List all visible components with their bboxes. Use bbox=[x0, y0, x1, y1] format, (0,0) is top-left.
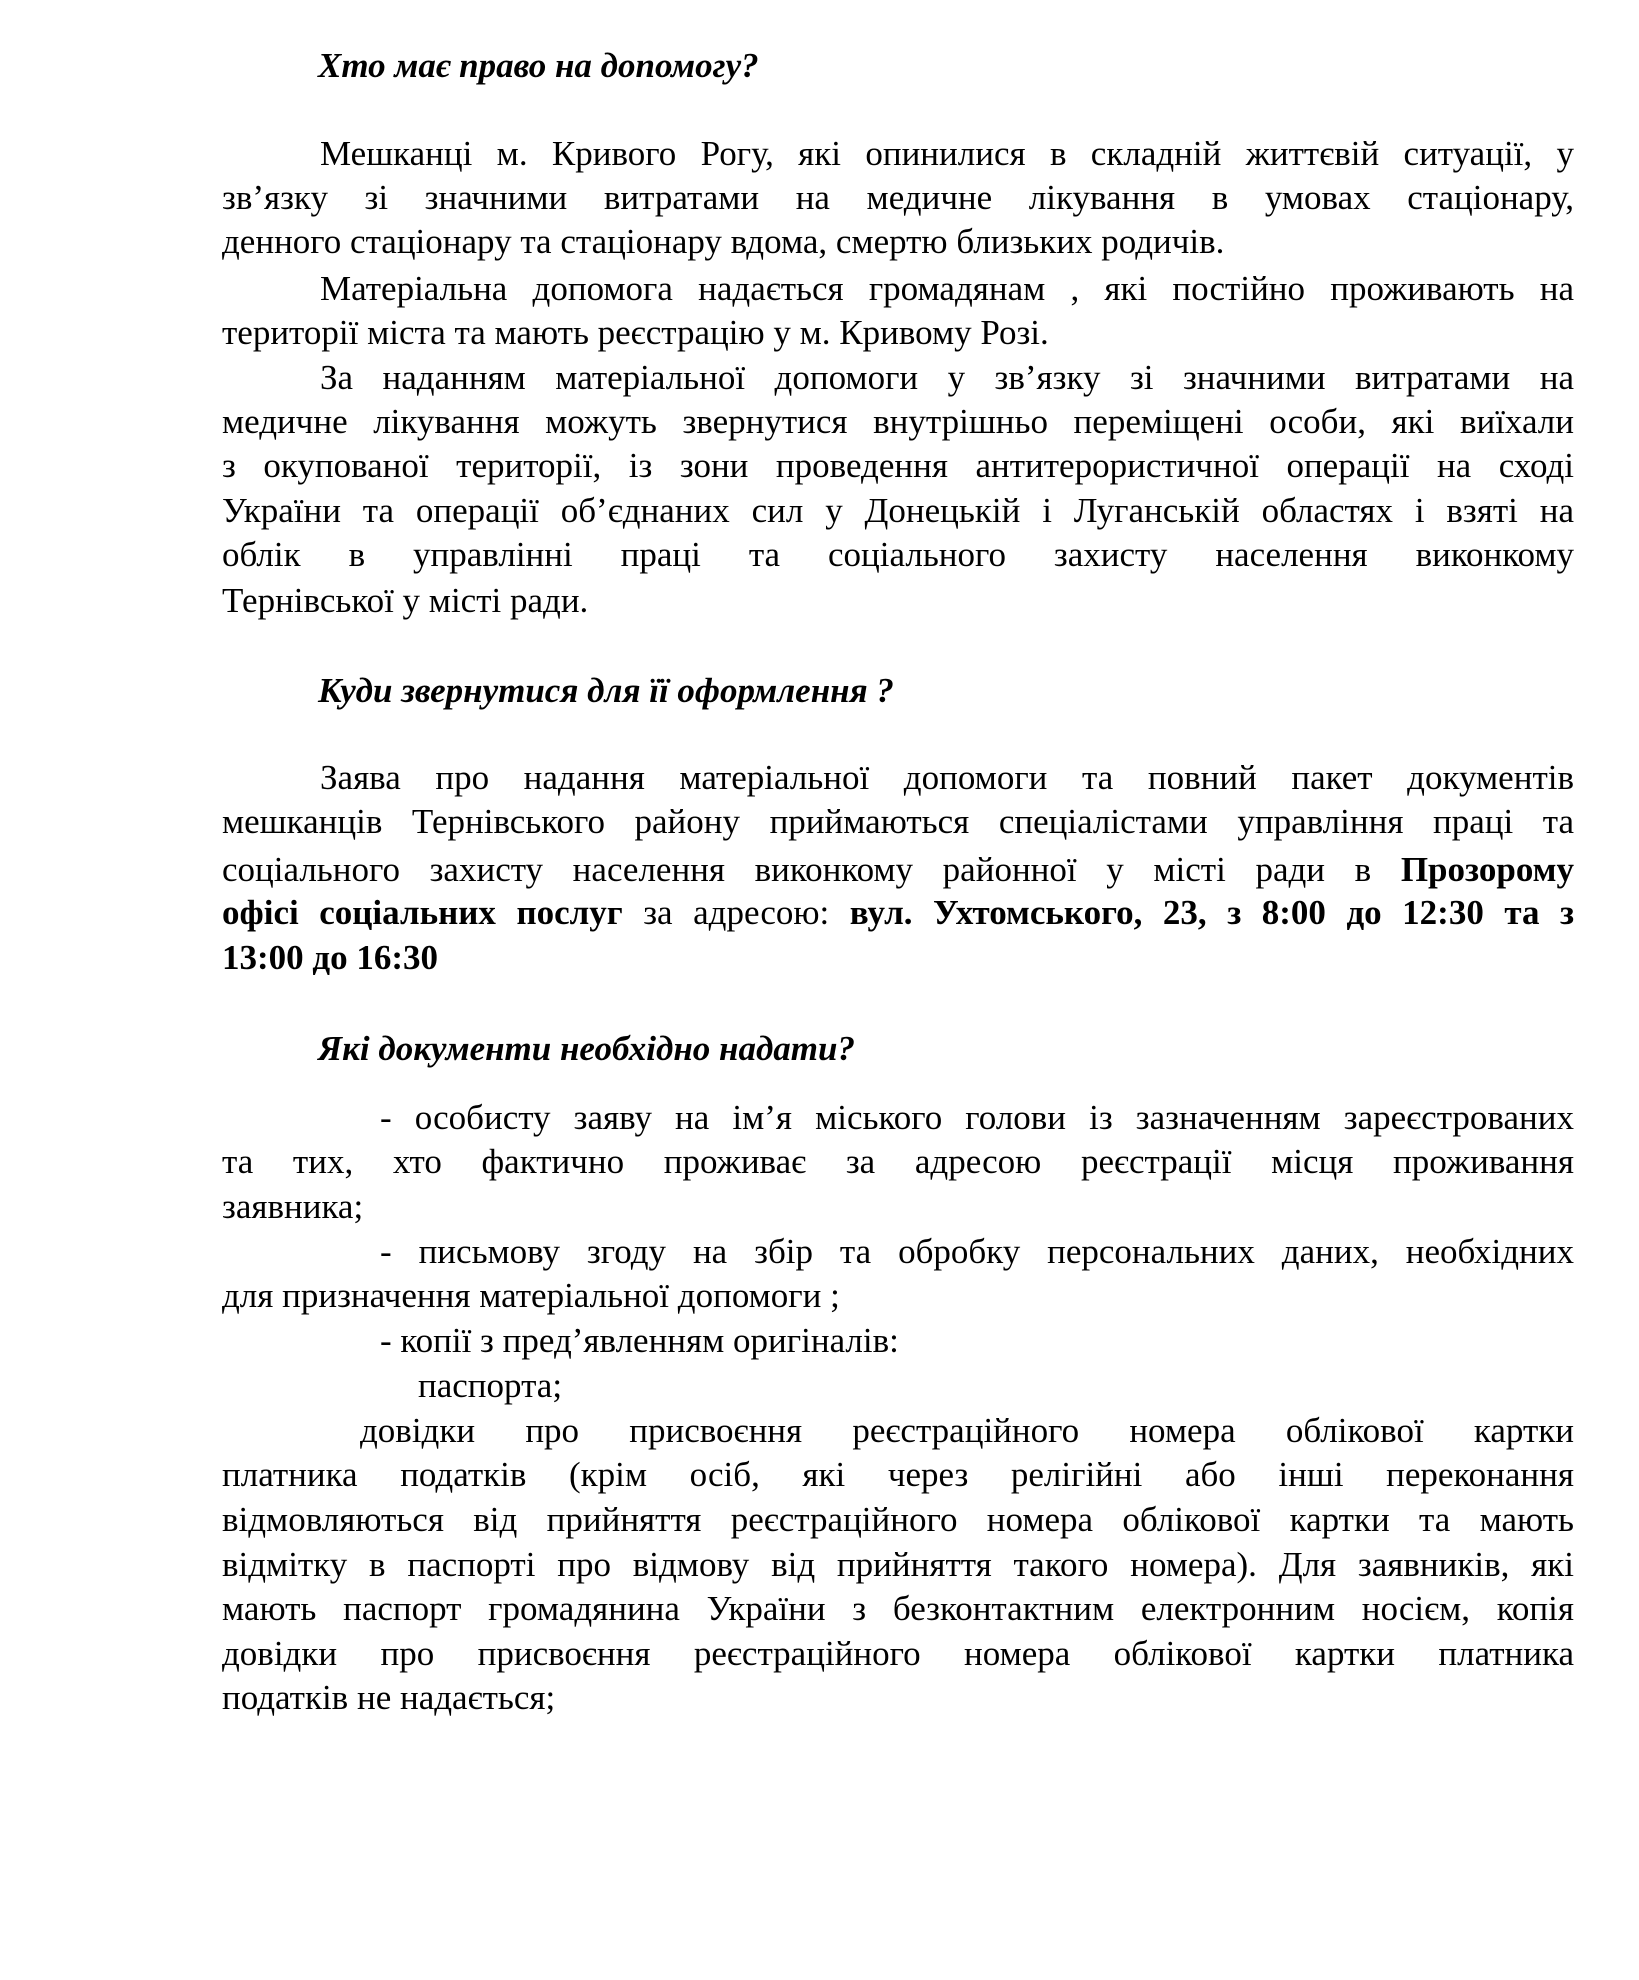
hours-bold: 13:00 до 16:30 bbox=[222, 936, 1574, 980]
list-item-line: - особисту заяву на ім’я міського голови… bbox=[222, 1096, 1574, 1140]
list-item-line: платника податків (крім осіб, які через … bbox=[222, 1453, 1574, 1497]
document-page: Хто має право на допомогу? Мешканці м. К… bbox=[0, 0, 1639, 1980]
paragraph-line: зв’язку зі значними витратами на медичне… bbox=[222, 176, 1574, 220]
paragraph-line: Мешканці м. Кривого Рогу, які опинилися … bbox=[222, 132, 1574, 176]
office-name-bold: Прозорому bbox=[1401, 850, 1574, 889]
list-item-line: довідки про присвоєння реєстраційного но… bbox=[222, 1409, 1574, 1453]
list-item-line: для призначення матеріальної допомоги ; bbox=[222, 1274, 1574, 1318]
paragraph-line: Заява про надання матеріальної допомоги … bbox=[222, 756, 1574, 800]
list-item-line: відмовляються від прийняття реєстраційно… bbox=[222, 1498, 1574, 1542]
text-normal: соціального захисту населення виконкому … bbox=[222, 850, 1371, 889]
list-item-line: податків не надається; bbox=[222, 1676, 1574, 1720]
heading-who-is-eligible: Хто має право на допомогу? bbox=[318, 44, 759, 88]
paragraph-line: Матеріальна допомога надається громадяна… bbox=[222, 267, 1574, 311]
paragraph-line: території міста та мають реєстрацію у м.… bbox=[222, 311, 1574, 355]
paragraph-line: соціального захисту населення виконкому … bbox=[222, 848, 1574, 892]
list-item-line: відмітку в паспорті про відмову від прий… bbox=[222, 1543, 1574, 1587]
paragraph-line: денного стаціонару та стаціонару вдома, … bbox=[222, 220, 1574, 264]
list-item-line: паспорта; bbox=[222, 1364, 1574, 1408]
text-normal: за адресою: bbox=[643, 893, 829, 932]
paragraph-line: України та операції об’єднаних сил у Дон… bbox=[222, 489, 1574, 533]
paragraph-line: мешканців Тернівського району приймаютьс… bbox=[222, 800, 1574, 844]
list-item-line: - копії з пред’явленням оригіналів: bbox=[222, 1319, 1574, 1363]
list-item-line: - письмову згоду на збір та обробку перс… bbox=[222, 1230, 1574, 1274]
list-item-line: мають паспорт громадянина України з безк… bbox=[222, 1587, 1574, 1631]
paragraph-line: За наданням матеріальної допомоги у зв’я… bbox=[222, 356, 1574, 400]
paragraph-line: офісі соціальних послуг за адресою: вул.… bbox=[222, 891, 1574, 935]
paragraph-line: медичне лікування можуть звернутися внут… bbox=[222, 400, 1574, 444]
paragraph-line: облік в управлінні праці та соціального … bbox=[222, 533, 1574, 577]
paragraph-line: Тернівської у місті ради. bbox=[222, 579, 1574, 623]
heading-where-to-apply: Куди звернутися для її оформлення ? bbox=[318, 669, 894, 713]
office-name-bold: офісі соціальних послуг bbox=[222, 893, 623, 932]
list-item-line: заявника; bbox=[222, 1185, 1574, 1229]
paragraph-line: з окупованої території, із зони проведен… bbox=[222, 444, 1574, 488]
list-item-line: довідки про присвоєння реєстраційного но… bbox=[222, 1632, 1574, 1676]
list-item-line: та тих, хто фактично проживає за адресою… bbox=[222, 1140, 1574, 1184]
address-hours-bold: вул. Ухтомського, 23, з 8:00 до 12:30 та… bbox=[850, 893, 1574, 932]
heading-required-documents: Які документи необхідно надати? bbox=[318, 1027, 855, 1071]
